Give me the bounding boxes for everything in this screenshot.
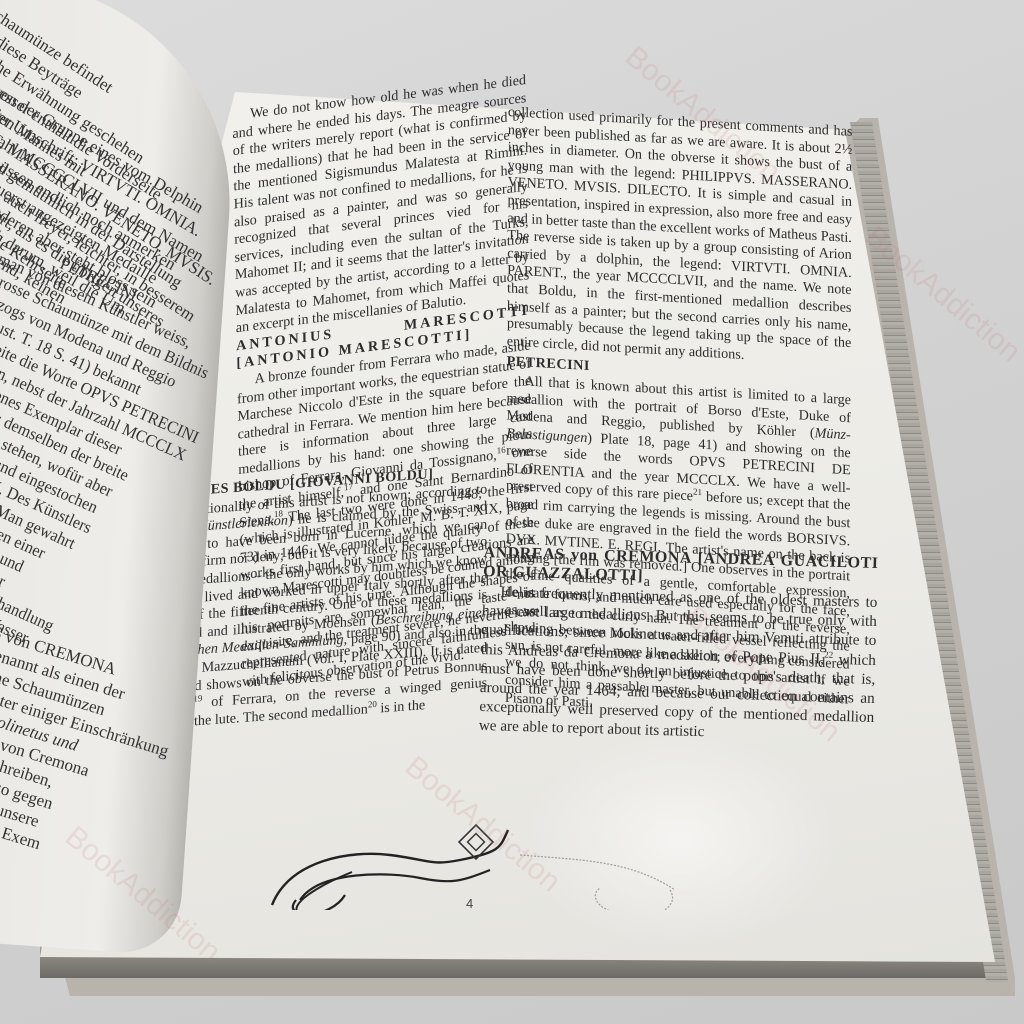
decorative-flourish-icon: [260, 800, 700, 910]
column-right-bottom: ANDREAS von CREMONA [ANDREA GUACILOTI OR…: [479, 540, 879, 747]
paragraph-andreas: He is frequently mentioned as one of the…: [479, 582, 878, 747]
paragraph-boldu-continued: collection used primarily for the presen…: [507, 104, 853, 371]
page-number: 4: [466, 896, 473, 911]
book-photo: We do not know how old he was when he di…: [0, 0, 1024, 1024]
paragraph-pasti-end: We do not know how old he was when he di…: [232, 72, 530, 338]
